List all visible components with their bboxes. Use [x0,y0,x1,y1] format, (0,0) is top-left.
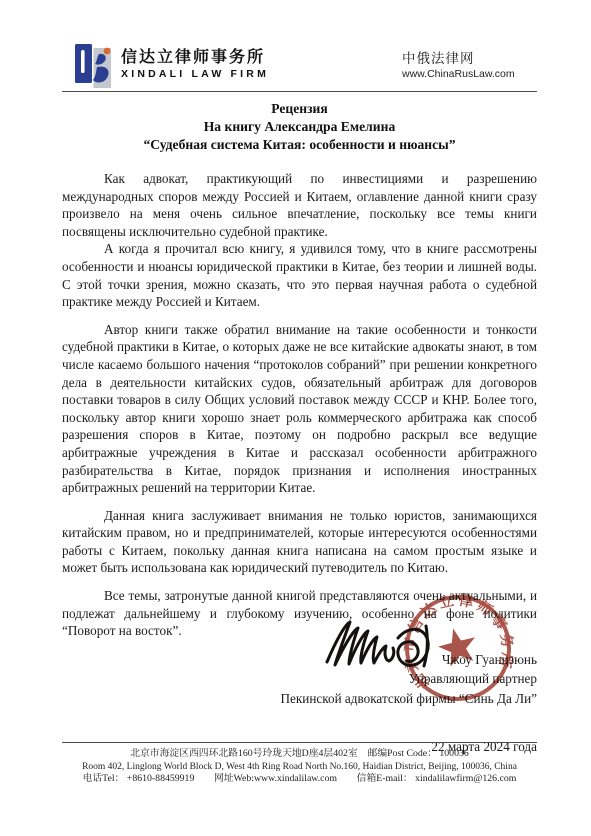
site-name: 中俄法律网 [402,50,537,67]
handwritten-signature [322,616,442,676]
paragraph: Автор книги также обратил внимание на та… [62,321,537,497]
review-subtitle-author: На книгу Александра Емелина [62,118,537,136]
firm-name-en: XINDALI LAW FIRM [121,67,269,81]
letterhead: 信达立律师事务所 XINDALI LAW FIRM 中俄法律网 www.Chin… [62,42,537,90]
review-title-block: Рецензия На книгу Александра Емелина “Су… [62,100,537,154]
firm-name-cn: 信达立律师事务所 [121,48,269,67]
paragraph: Данная книга заслуживает внимания не тол… [62,507,537,577]
footer-address-en: Room 402, Linglong World Block D, West 4… [62,761,537,774]
footer-address-cn: 北京市海淀区西四环北路160号玲珑天地D座4层402室 邮编Post Code：… [62,748,537,761]
footer: 北京市海淀区西四环北路160号玲珑天地D座4层402室 邮编Post Code：… [62,742,537,786]
website-block: 中俄法律网 www.ChinaRusLaw.com [402,42,537,81]
header-divider [62,91,537,92]
footer-contacts: 电话Tel： +8610-88459919 网址Web:www.xindalil… [62,773,537,786]
firm-name-block: 信达立律师事务所 XINDALI LAW FIRM [121,42,269,81]
letter-page: 信达立律师事务所 XINDALI LAW FIRM 中俄法律网 www.Chin… [0,0,591,836]
paragraph: Как адвокат, практикующий по инвестициям… [62,170,537,240]
paragraph: А когда я прочитал всю книгу, я удивился… [62,240,537,310]
site-url: www.ChinaRusLaw.com [402,67,537,81]
review-title: Рецензия [62,100,537,118]
review-subtitle-book: “Судебная система Китая: особенности и н… [62,136,537,154]
firm-logo-icon [74,42,112,90]
firm-brand: 信达立律师事务所 XINDALI LAW FIRM [62,42,269,90]
